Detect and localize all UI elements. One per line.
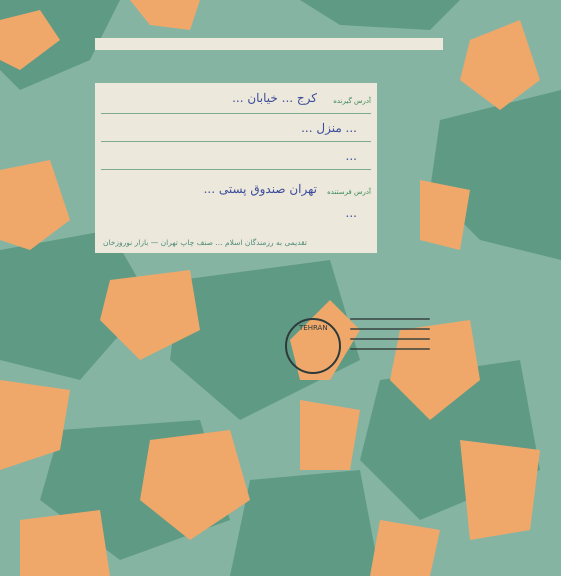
postmark: TEHRAN	[285, 318, 341, 374]
sender-address-box: آدرس فرستنده تهران صندوق پستی ... ... تق…	[95, 178, 377, 253]
recipient-label: آدرس گیرنده	[333, 97, 371, 105]
sender-line: ...	[346, 206, 357, 220]
flap-strip	[95, 38, 443, 50]
sender-label: آدرس فرستنده	[327, 188, 371, 196]
recipient-line: کرج ... خیابان ...	[232, 91, 317, 105]
sender-line: تهران صندوق پستی ...	[204, 182, 317, 196]
printer-footer: تقدیمی به رزمندگان اسلام ... صنف چاپ تهر…	[103, 238, 307, 247]
recipient-line: ... منزل ...	[301, 121, 357, 135]
cancellation-lines	[350, 318, 430, 370]
recipient-address-box: آدرس گیرنده کرج ... خیابان ... ... منزل …	[95, 83, 377, 183]
recipient-line: ...	[346, 149, 357, 163]
